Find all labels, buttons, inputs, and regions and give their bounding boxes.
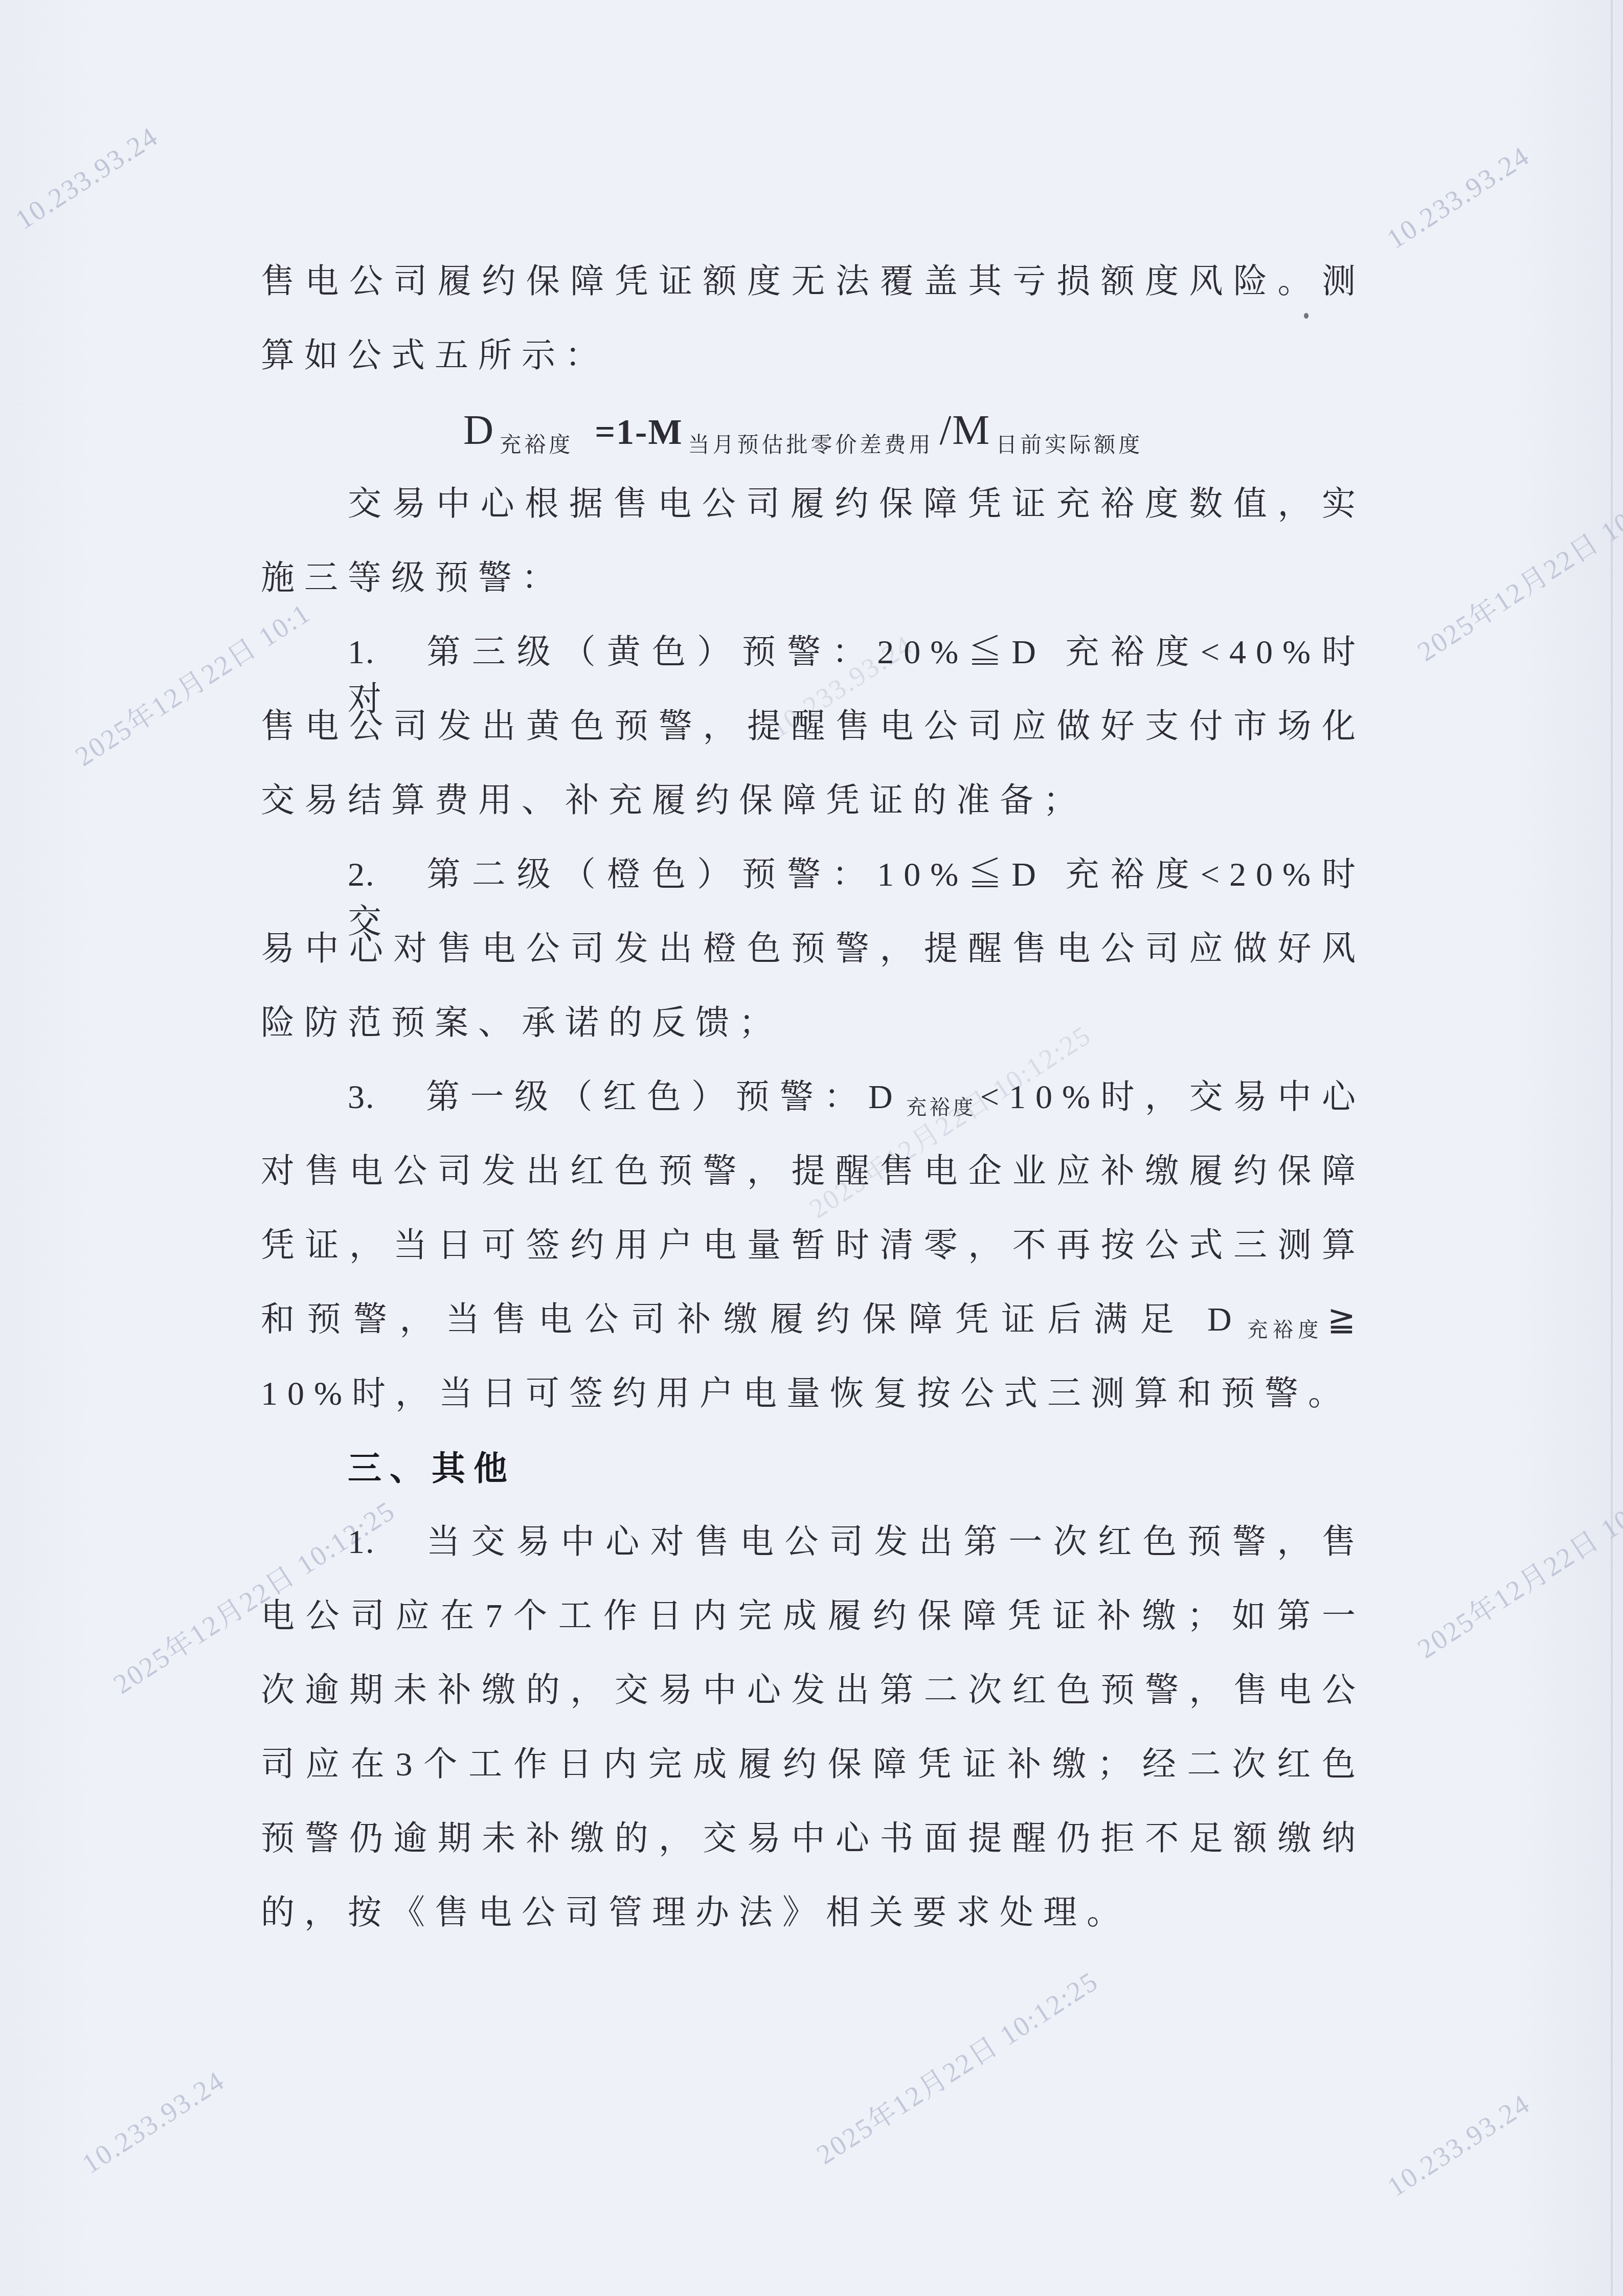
scanned-document-page: 10.233.93.2410.233.93.242025年12月22日 10:1…	[0, 0, 1623, 2296]
text-run: 售电公司发出黄色预警，提醒售电公司应做好支付市场化	[261, 708, 1365, 745]
text-run: 充裕度	[906, 1096, 976, 1119]
text-run: 售电公司履约保障凭证额度无法覆盖其亏损额度风险。测	[261, 263, 1365, 300]
text-run: 10%时，当日可签约用户电量恢复按公式三测算和预警。	[261, 1375, 1351, 1412]
line-22: 的，按《售电公司管理办法》相关要求处理。	[261, 1885, 1365, 1960]
text-run: 当交易中心对售电公司发出第一次红色预警，售	[425, 1523, 1366, 1561]
text-run: 1.	[348, 1523, 375, 1561]
text-run: /M	[940, 407, 991, 453]
text-run: 预警仍逾期未补缴的，交易中心书面提醒仍拒不足额缴纳	[261, 1820, 1365, 1857]
text-run: 的，按《售电公司管理办法》相关要求处理。	[261, 1894, 1130, 1931]
formula-five: D充裕度=1-M当月预估批零价差费用/M日前实际额度	[261, 402, 1365, 477]
line-20: 司应在3个工作日内完成履约保障凭证补缴；经二次红色	[261, 1737, 1365, 1811]
line-11: 3.第一级（红色）预警：D充裕度<10%时，交易中心	[261, 1070, 1365, 1144]
text-run: 易中心对售电公司发出橙色预警，提醒售电公司应做好风	[261, 930, 1365, 967]
line-15: 10%时，当日可签约用户电量恢复按公式三测算和预警。	[261, 1366, 1365, 1440]
text-run: 和预警，当售电公司补缴履约保障凭证后满足 D	[261, 1301, 1242, 1338]
text-run: 施三等级预警：	[261, 559, 565, 597]
watermark-text: 2025年12月22日 10:12:25	[807, 1960, 1105, 2172]
line-21: 预警仍逾期未补缴的，交易中心书面提醒仍拒不足额缴纳	[261, 1811, 1365, 1885]
text-run: D	[463, 407, 494, 453]
line-5: 1.第三级（黄色）预警：20%≦D 充裕度<40%时对	[261, 625, 1365, 699]
text-run: 次逾期未补缴的，交易中心发出第二次红色预警，售电公	[261, 1672, 1365, 1709]
text-run: 当月预估批零价差费用	[688, 434, 934, 457]
line-1: 售电公司履约保障凭证额度无法覆盖其亏损额度风险。测	[261, 254, 1365, 328]
line-6: 售电公司发出黄色预警，提醒售电公司应做好支付市场化	[261, 699, 1365, 773]
line-7: 交易结算费用、补充履约保障凭证的准备；	[261, 773, 1365, 847]
text-run: 司应在3个工作日内完成履约保障凭证补缴；经二次红色	[261, 1746, 1365, 1783]
line-9: 易中心对售电公司发出橙色预警，提醒售电公司应做好风	[261, 921, 1365, 996]
text-run: <10%时，交易中心	[980, 1078, 1365, 1116]
text-run: 交易中心根据售电公司履约保障凭证充裕度数值，实	[348, 485, 1365, 523]
text-run: 对售电公司发出红色预警，提醒售电企业应补缴履约保障	[261, 1153, 1365, 1190]
line-3: 交易中心根据售电公司履约保障凭证充裕度数值，实	[261, 477, 1365, 551]
line-18: 电公司应在7个工作日内完成履约保障凭证补缴；如第一	[261, 1589, 1365, 1663]
watermark-text: 10.233.93.24	[76, 2064, 231, 2180]
document-text-block: 售电公司履约保障凭证额度无法覆盖其亏损额度风险。测算如公式五所示：D充裕度=1-…	[261, 254, 1365, 1960]
text-run: =1-M	[595, 413, 683, 452]
text-run: 3.	[348, 1078, 375, 1116]
text-run: 充裕度	[1245, 1318, 1323, 1341]
text-run: 充裕度	[500, 434, 573, 457]
text-run: 交易结算费用、补充履约保障凭证的准备；	[261, 782, 1087, 819]
text-run: 凭证，当日可签约用户电量暂时清零，不再按公式三测算	[261, 1227, 1365, 1264]
watermark-text: 10.233.93.24	[1382, 2087, 1536, 2203]
line-13: 凭证，当日可签约用户电量暂时清零，不再按公式三测算	[261, 1218, 1365, 1292]
text-run: 2.	[348, 856, 375, 893]
line-14: 和预警，当售电公司补缴履约保障凭证后满足 D充裕度≧	[261, 1292, 1365, 1366]
heading-3: 三、其他	[261, 1440, 1365, 1515]
line-8: 2.第二级（橙色）预警：10%≦D 充裕度<20%时交	[261, 847, 1365, 921]
line-19: 次逾期未补缴的，交易中心发出第二次红色预警，售电公	[261, 1663, 1365, 1737]
text-run: 算如公式五所示：	[261, 337, 608, 374]
line-4: 施三等级预警：	[261, 551, 1365, 625]
line-10: 险防范预案、承诺的反馈；	[261, 996, 1365, 1070]
text-run: 险防范预案、承诺的反馈；	[261, 1004, 782, 1042]
line-17: 1.当交易中心对售电公司发出第一次红色预警，售	[261, 1515, 1365, 1589]
text-run: 1.	[348, 634, 375, 671]
watermark-text: 10.233.93.24	[10, 120, 164, 236]
watermark-text: 2025年12月22日 10:1	[1408, 487, 1623, 669]
text-run: 电公司应在7个工作日内完成履约保障凭证补缴；如第一	[261, 1597, 1365, 1635]
line-12: 对售电公司发出红色预警，提醒售电企业应补缴履约保障	[261, 1144, 1365, 1218]
watermark-text: 2025年12月22日 10:1	[1408, 1484, 1623, 1666]
watermark-text: 10.233.93.24	[1381, 140, 1536, 255]
text-run: 三、其他	[348, 1449, 515, 1487]
text-run: 第一级（红色）预警：D	[425, 1078, 903, 1116]
text-run: ≧	[1327, 1301, 1365, 1338]
line-2: 算如公式五所示：	[261, 328, 1365, 402]
text-run: 日前实际额度	[996, 434, 1143, 457]
